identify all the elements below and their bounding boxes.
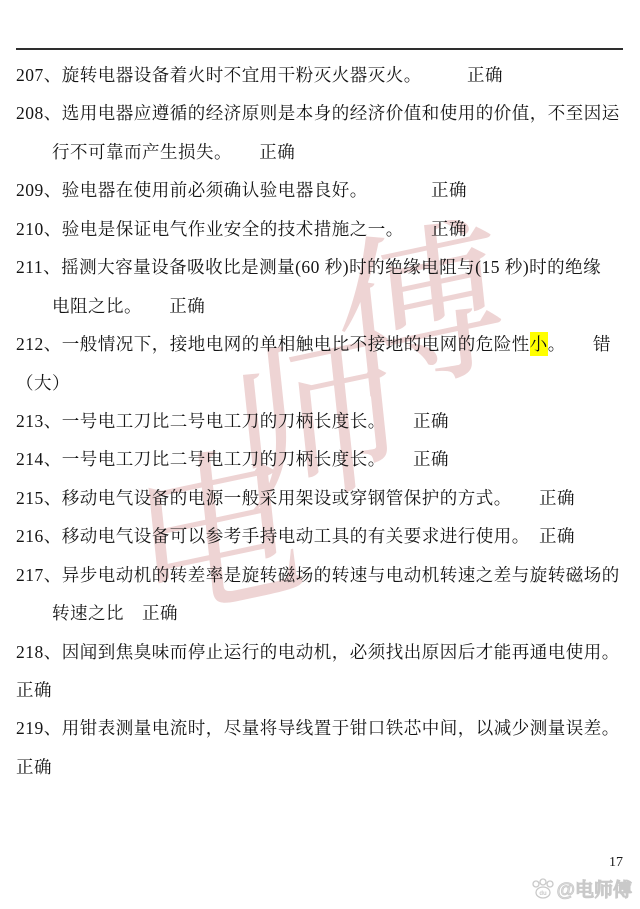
question-text: 正确 [16,757,52,777]
question-line: 211、摇测大容量设备吸收比是测量(60 秒)时的绝缘电阻与(15 秒)时的绝缘 [0,248,640,286]
question-text: 219、用钳表测量电流时，尽量将导线置于钳口铁芯中间，以减少测量误差。 [16,718,620,738]
corner-watermark: du @电师傅 [531,875,632,902]
question-line: 正确 [0,748,640,786]
question-line: 216、移动电气设备可以参考手持电动工具的有关要求进行使用。 正确 [0,517,640,555]
question-line: 214、一号电工刀比二号电工刀的刀柄长度长。 正确 [0,440,640,478]
question-text: 218、因闻到焦臭味而停止运行的电动机，必须找出原因后才能再通电使用。 [16,642,620,662]
question-text: 210、验电是保证电气作业安全的技术措施之一。 正确 [16,219,467,239]
question-line: 219、用钳表测量电流时，尽量将导线置于钳口铁芯中间，以减少测量误差。 [0,709,640,747]
question-text: 217、异步电动机的转差率是旋转磁场的转速与电动机转速之差与旋转磁场的 [16,565,620,585]
question-line: 207、旋转电器设备着火时不宜用干粉灭火器灭火。 正确 [0,56,640,94]
header-divider [16,48,623,50]
corner-watermark-text: @电师傅 [556,875,632,902]
question-line: 行不可靠而产生损失。 正确 [0,133,640,171]
question-text: 215、移动电气设备的电源一般采用架设或穿钢管保护的方式。 正确 [16,488,575,508]
question-line: 212、一般情况下，接地电网的单相触电比不接地的电网的危险性小。 错 [0,325,640,363]
question-line: 215、移动电气设备的电源一般采用架设或穿钢管保护的方式。 正确 [0,479,640,517]
question-text: 214、一号电工刀比二号电工刀的刀柄长度长。 正确 [16,449,449,469]
question-text: （大） [16,373,70,393]
question-line: 正确 [0,671,640,709]
question-text: 209、验电器在使用前必须确认验电器良好。 正确 [16,180,467,200]
paw-icon: du [531,878,555,900]
question-text: 211、摇测大容量设备吸收比是测量(60 秒)时的绝缘电阻与(15 秒)时的绝缘 [16,257,601,277]
question-line: 转速之比 正确 [0,594,640,632]
question-line: （大） [0,364,640,402]
highlighted-answer-text: 小 [530,332,548,356]
question-text: 213、一号电工刀比二号电工刀的刀柄长度长。 正确 [16,411,449,431]
question-line: 217、异步电动机的转差率是旋转磁场的转速与电动机转速之差与旋转磁场的 [0,556,640,594]
question-text: 行不可靠而产生损失。 正确 [52,142,295,162]
question-text: 207、旋转电器设备着火时不宜用干粉灭火器灭火。 正确 [16,65,503,85]
question-line: 218、因闻到焦臭味而停止运行的电动机，必须找出原因后才能再通电使用。 [0,633,640,671]
question-text: 212、一般情况下，接地电网的单相触电比不接地的电网的危险性 [16,334,530,354]
document-page: 电师傅 207、旋转电器设备着火时不宜用干粉灭火器灭火。 正确208、选用电器应… [0,0,640,909]
question-text: 208、选用电器应遵循的经济原则是本身的经济价值和使用的价值，不至因运 [16,103,620,123]
page-number: 17 [609,855,623,871]
question-text: 。 错 [548,334,611,354]
question-line: 213、一号电工刀比二号电工刀的刀柄长度长。 正确 [0,402,640,440]
question-list: 207、旋转电器设备着火时不宜用干粉灭火器灭火。 正确208、选用电器应遵循的经… [0,56,640,786]
question-line: 208、选用电器应遵循的经济原则是本身的经济价值和使用的价值，不至因运 [0,94,640,132]
question-text: 转速之比 正确 [52,603,178,623]
question-text: 216、移动电气设备可以参考手持电动工具的有关要求进行使用。 正确 [16,526,575,546]
question-line: 电阻之比。 正确 [0,287,640,325]
paw-label: du [540,891,548,897]
question-text: 电阻之比。 正确 [52,296,205,316]
question-text: 正确 [16,680,52,700]
question-line: 209、验电器在使用前必须确认验电器良好。 正确 [0,171,640,209]
question-line: 210、验电是保证电气作业安全的技术措施之一。 正确 [0,210,640,248]
